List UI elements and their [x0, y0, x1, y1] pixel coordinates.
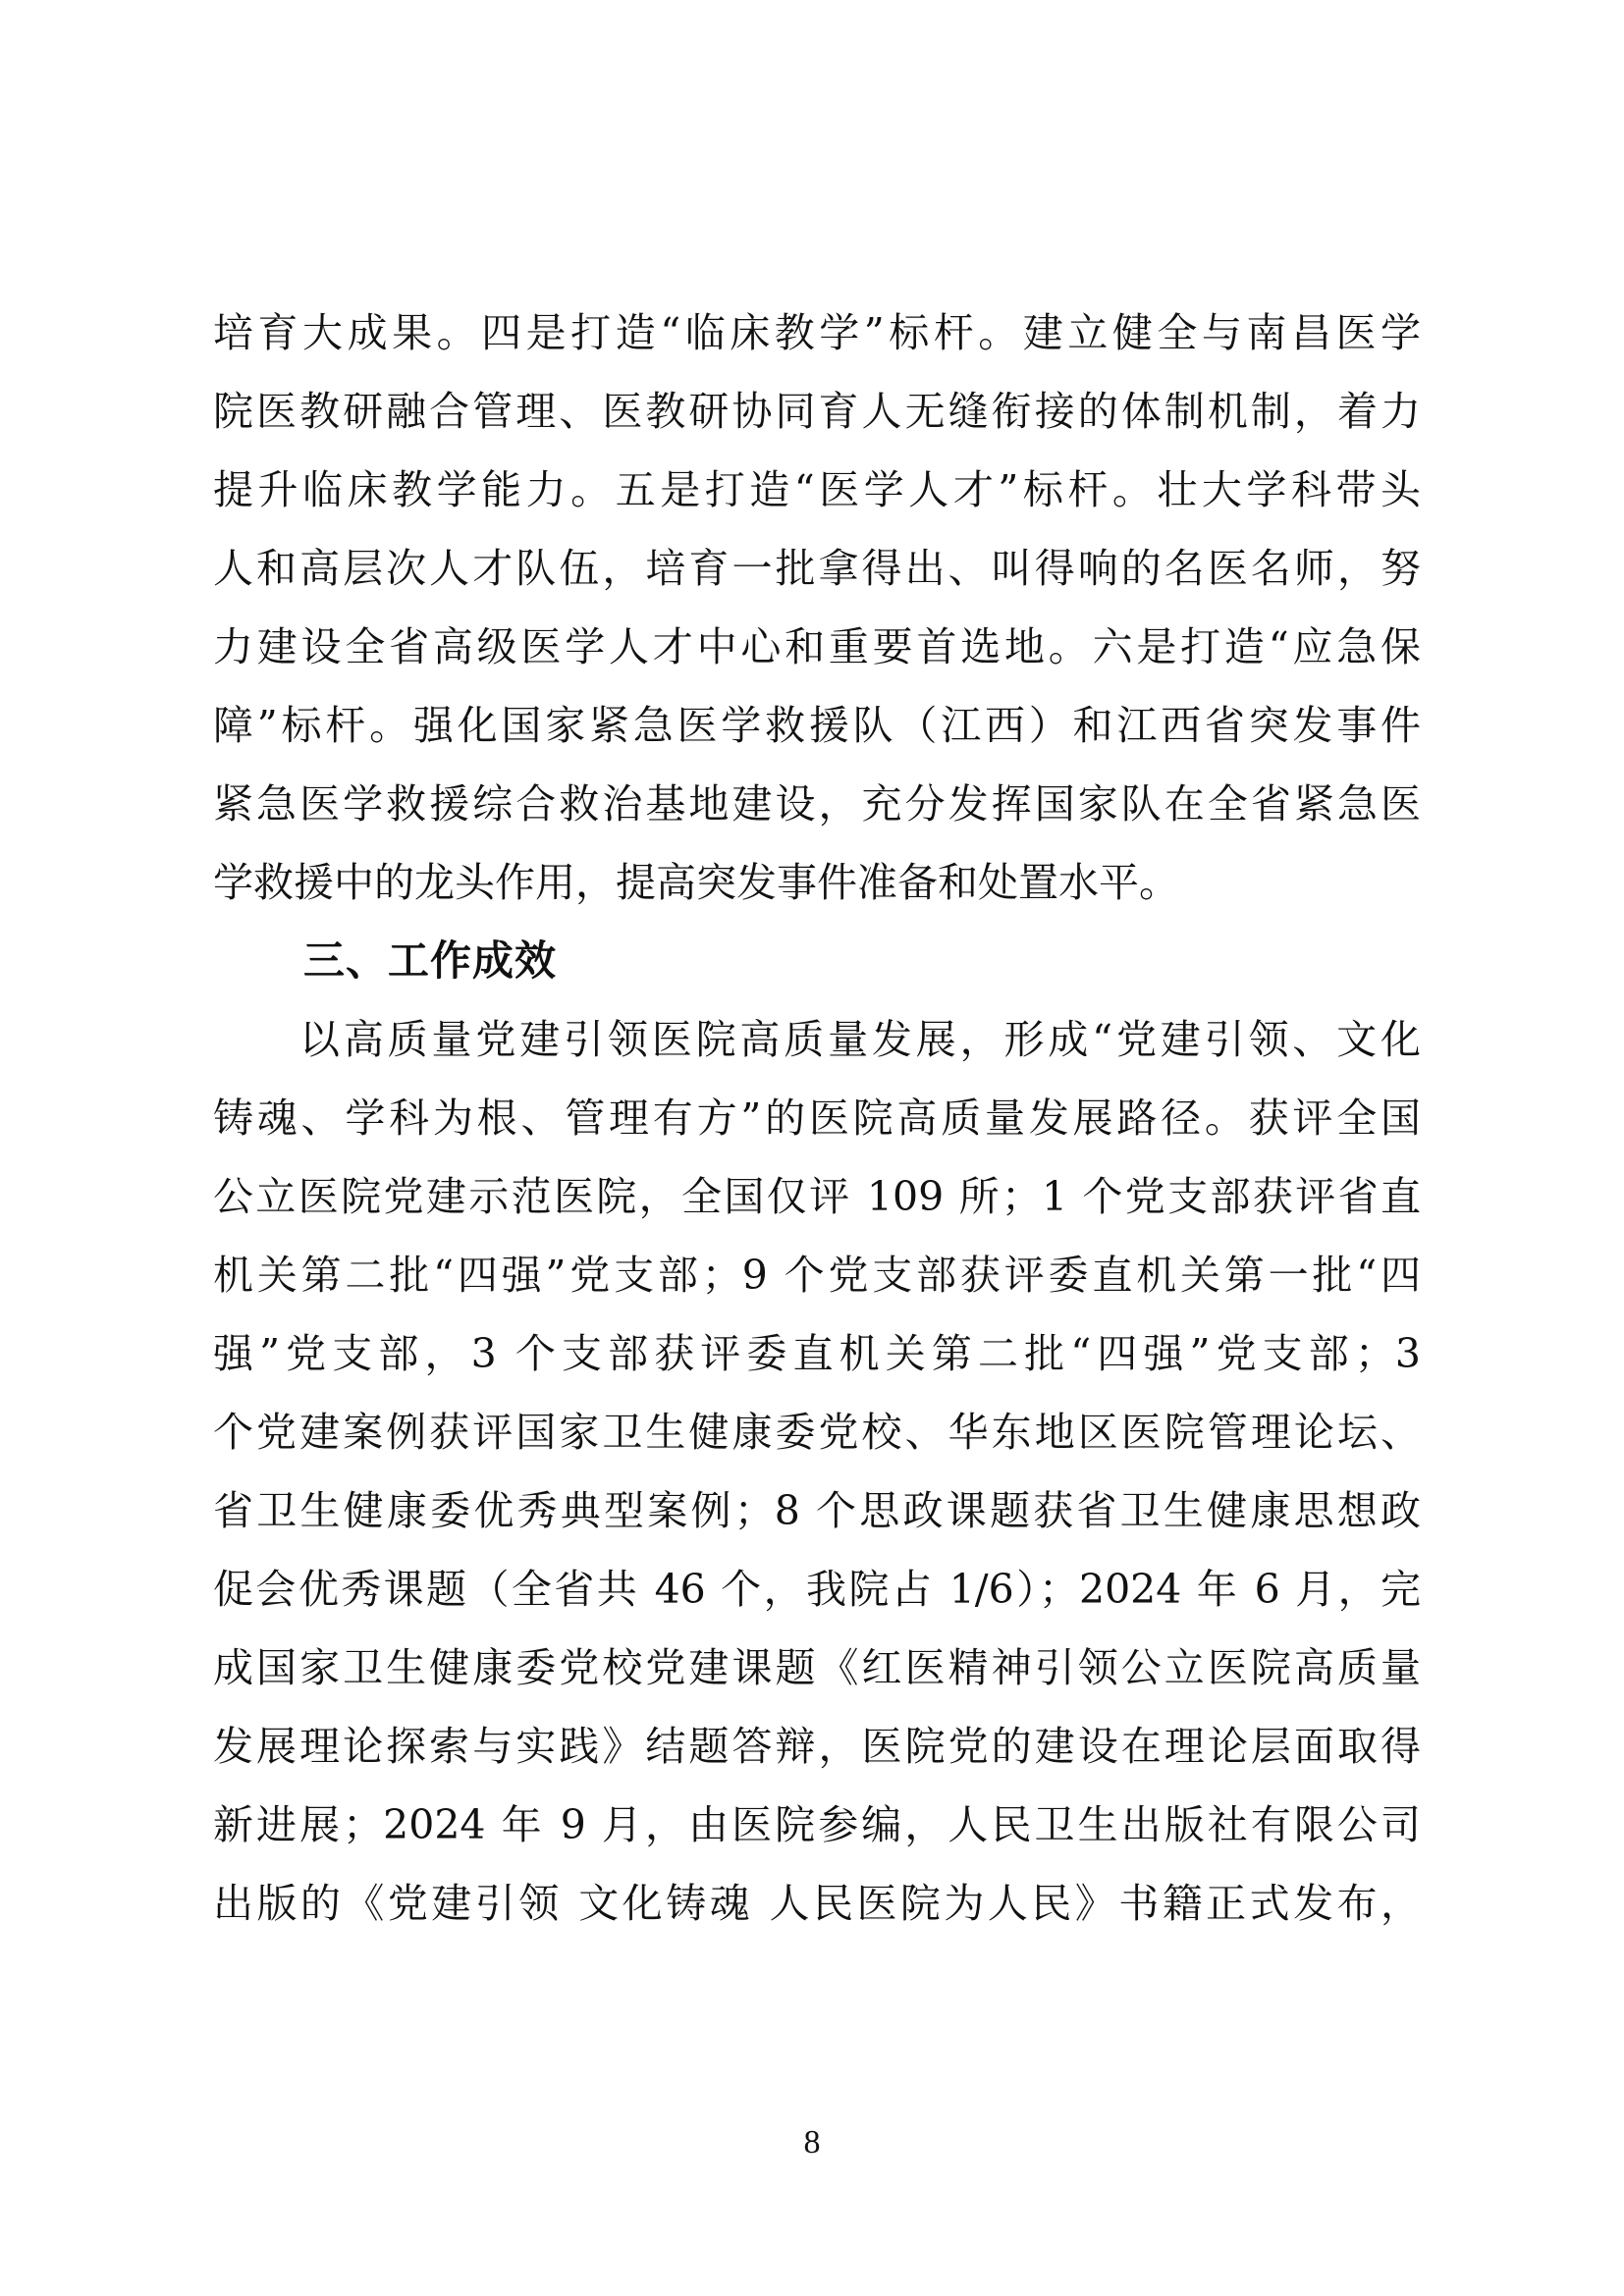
paragraph-line: 培育大成果。四是打造“临床教学”标杆。建立健全与南昌医学: [213, 294, 1421, 372]
paragraph-line: 提升临床教学能力。五是打造“医学人才”标杆。壮大学科带头: [213, 451, 1421, 529]
paragraph-line: 学救援中的龙头作用，提高突发事件准备和处置水平。: [213, 843, 1421, 922]
paragraph-line: 障”标杆。强化国家紧急医学救援队（江西）和江西省突发事件: [213, 686, 1421, 765]
section-heading: 三、工作成效: [213, 922, 1421, 1000]
paragraph-line: 公立医院党建示范医院，全国仅评 109 所；1 个党支部获评省直: [213, 1157, 1421, 1236]
paragraph-line: 铸魂、学科为根、管理有方”的医院高质量发展路径。获评全国: [213, 1079, 1421, 1157]
page-number: 8: [0, 2123, 1624, 2163]
paragraph-line: 省卫生健康委优秀典型案例；8 个思政课题获省卫生健康思想政: [213, 1471, 1421, 1550]
continued-paragraph: 培育大成果。四是打造“临床教学”标杆。建立健全与南昌医学 院医教研融合管理、医教…: [213, 294, 1421, 922]
paragraph-line: 院医教研融合管理、医教研协同育人无缝衔接的体制机制，着力: [213, 372, 1421, 451]
paragraph-line: 个党建案例获评国家卫生健康委党校、华东地区医院管理论坛、: [213, 1393, 1421, 1471]
paragraph-line: 紧急医学救援综合救治基地建设，充分发挥国家队在全省紧急医: [213, 765, 1421, 843]
paragraph-line: 成国家卫生健康委党校党建课题《红医精神引领公立医院高质量: [213, 1629, 1421, 1707]
document-page: 培育大成果。四是打造“临床教学”标杆。建立健全与南昌医学 院医教研融合管理、医教…: [0, 0, 1624, 2296]
paragraph-line: 机关第二批“四强”党支部；9 个党支部获评委直机关第一批“四: [213, 1236, 1421, 1314]
paragraph-line: 人和高层次人才队伍，培育一批拿得出、叫得响的名医名师，努: [213, 529, 1421, 608]
paragraph-line: 力建设全省高级医学人才中心和重要首选地。六是打造“应急保: [213, 608, 1421, 686]
paragraph-line: 促会优秀课题（全省共 46 个，我院占 1/6）；2024 年 6 月，完: [213, 1550, 1421, 1629]
paragraph-line: 强”党支部，3 个支部获评委直机关第二批“四强”党支部；3: [213, 1314, 1421, 1393]
paragraph-line: 以高质量党建引领医院高质量发展，形成“党建引领、文化: [213, 1000, 1421, 1079]
paragraph-line: 出版的《党建引领 文化铸魂 人民医院为人民》书籍正式发布，: [213, 1864, 1421, 1943]
paragraph-line: 新进展；2024 年 9 月，由医院参编，人民卫生出版社有限公司: [213, 1786, 1421, 1864]
paragraph-line: 发展理论探索与实践》结题答辩，医院党的建设在理论层面取得: [213, 1707, 1421, 1786]
body-text: 培育大成果。四是打造“临床教学”标杆。建立健全与南昌医学 院医教研融合管理、医教…: [213, 294, 1421, 1943]
section-paragraph: 以高质量党建引领医院高质量发展，形成“党建引领、文化 铸魂、学科为根、管理有方”…: [213, 1000, 1421, 1943]
